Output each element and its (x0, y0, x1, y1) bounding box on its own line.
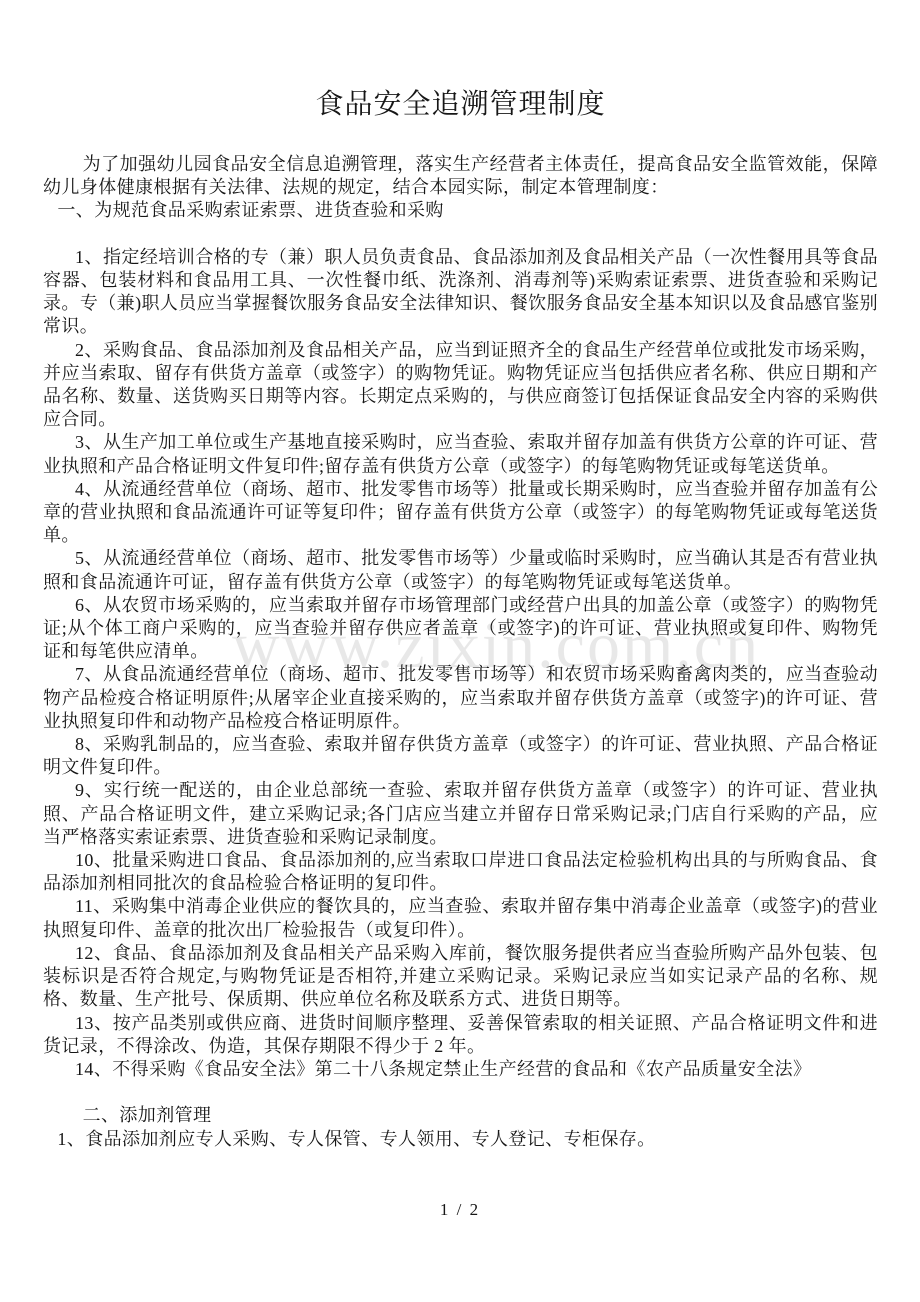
blank-line (43, 1081, 878, 1104)
document-title: 食品安全追溯管理制度 (43, 88, 878, 122)
section1-item-6: 6、从农贸市场采购的，应当索取并留存市场管理部门或经营户出具的加盖公章（或签字）… (43, 594, 878, 664)
section1-item-8: 8、采购乳制品的，应当查验、索取并留存供货方盖章（或签字）的许可证、营业执照、产… (43, 733, 878, 779)
section1-item-7: 7、从食品流通经营单位（商场、超市、批发零售市场等）和农贸市场采购畜禽肉类的，应… (43, 663, 878, 733)
section1-item-1: 1、指定经培训合格的专（兼）职人员负责食品、食品添加剂及食品相关产品（一次性餐用… (43, 246, 878, 339)
section1-item-14: 14、不得采购《食品安全法》第二十八条规定禁止生产经营的食品和《农产品质量安全法… (43, 1058, 878, 1081)
intro-paragraph: 为了加强幼儿园食品安全信息追溯管理，落实生产经营者主体责任，提高食品安全监管效能… (43, 153, 878, 199)
section1-item-4: 4、从流通经营单位（商场、超市、批发零售市场等）批量或长期采购时，应当查验并留存… (43, 478, 878, 548)
section1-heading: 一、为规范食品采购索证索票、进货查验和采购 (43, 199, 878, 222)
section1-item-11: 11、采购集中消毒企业供应的餐饮具的，应当查验、索取并留存集中消毒企业盖章（或签… (43, 895, 878, 941)
section2-heading: 二、添加剂管理 (43, 1104, 878, 1127)
section1-item-9: 9、实行统一配送的，由企业总部统一查验、索取并留存供货方盖章（或签字）的许可证、… (43, 779, 878, 849)
section1-item-12: 12、食品、食品添加剂及食品相关产品采购入库前，餐饮服务提供者应当查验所购产品外… (43, 942, 878, 1012)
section1-item-3: 3、从生产加工单位或生产基地直接采购时，应当查验、索取并留存加盖有供货方公章的许… (43, 431, 878, 477)
page-number: 1 / 2 (0, 1200, 920, 1220)
section1-item-13: 13、按产品类别或供应商、进货时间顺序整理、妥善保管索取的相关证照、产品合格证明… (43, 1012, 878, 1058)
section1-item-10: 10、批量采购进口食品、食品添加剂的,应当索取口岸进口食品法定检验机构出具的与所… (43, 849, 878, 895)
section1-item-5: 5、从流通经营单位（商场、超市、批发零售市场等）少量或临时采购时，应当确认其是否… (43, 547, 878, 593)
section2-item-1: 1、食品添加剂应专人采购、专人保管、专人领用、专人登记、专柜保存。 (43, 1128, 878, 1151)
blank-line (43, 223, 878, 246)
document-body: 食品安全追溯管理制度 为了加强幼儿园食品安全信息追溯管理，落实生产经营者主体责任… (0, 0, 920, 1151)
section1-item-2: 2、采购食品、食品添加剂及食品相关产品，应当到证照齐全的食品生产经营单位或批发市… (43, 339, 878, 432)
document-page: www.zixin.com.cn 食品安全追溯管理制度 为了加强幼儿园食品安全信… (0, 0, 920, 1302)
